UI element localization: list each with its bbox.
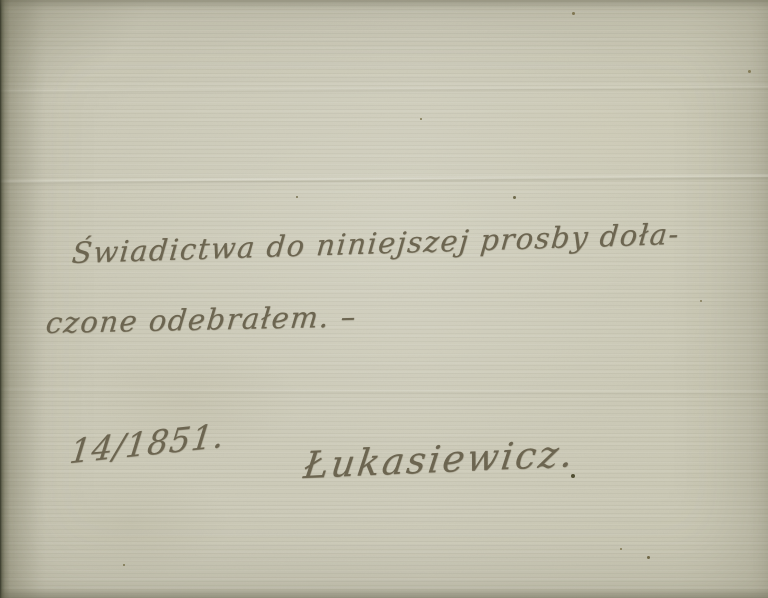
paper-stain (470, 60, 730, 210)
foxing-speck (572, 12, 575, 15)
manuscript-text-line-2: czone odebrałem. – (44, 299, 358, 340)
page-bottom-edge (0, 588, 768, 598)
foxing-speck (647, 556, 650, 559)
page-top-edge (0, 0, 768, 8)
foxing-speck (123, 564, 125, 566)
foxing-speck (620, 548, 622, 550)
foxing-speck (420, 118, 422, 120)
foxing-speck (513, 196, 516, 199)
foxing-speck (700, 300, 702, 302)
paper-crease (0, 84, 768, 95)
paper-crease (0, 173, 768, 185)
paper-stain (30, 470, 230, 580)
foxing-speck (748, 70, 751, 73)
paper-crease (0, 387, 768, 397)
manuscript-text-line-1: Świadictwa do niniejszej prosby doła- (70, 217, 681, 270)
manuscript-date: 14/1851. (68, 415, 228, 471)
foxing-speck (296, 196, 298, 198)
scanned-document-page: Świadictwa do niniejszej prosby doła- cz… (0, 0, 768, 598)
page-left-edge (0, 0, 10, 598)
manuscript-signature: Łukasiewicz. (301, 432, 578, 487)
